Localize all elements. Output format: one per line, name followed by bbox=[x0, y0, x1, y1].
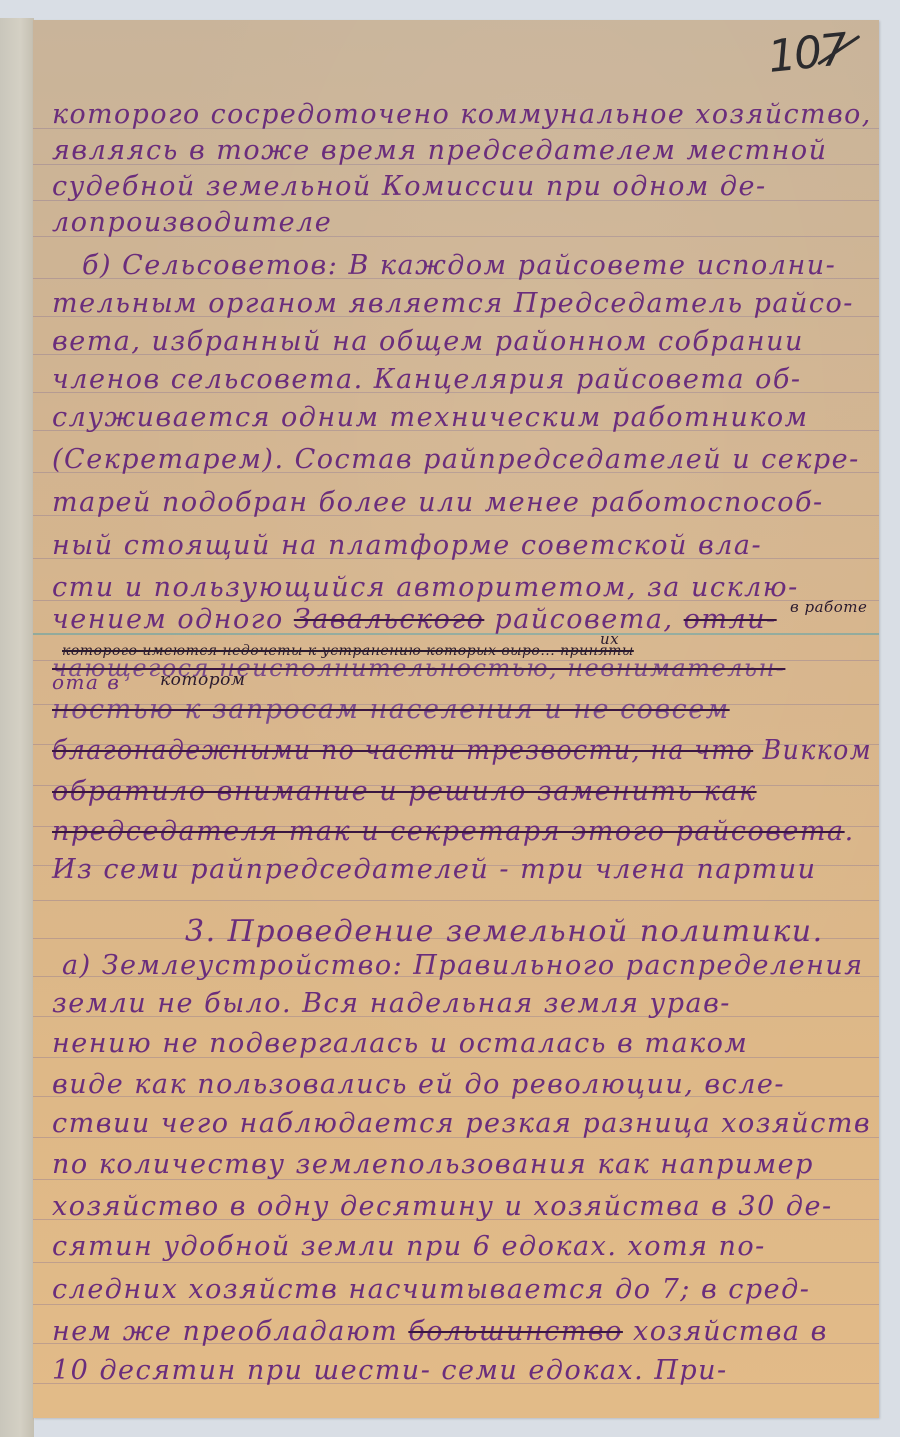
text-line: (Секретарем). Состав райпредседателей и … bbox=[52, 446, 860, 473]
text-segment: нем же преобладают bbox=[52, 1316, 408, 1347]
text-line: ный стоящий на платформе советской вла- bbox=[52, 532, 762, 559]
page-number: 107 bbox=[766, 24, 849, 83]
text-line: служивается одним техническим работником bbox=[52, 404, 809, 431]
subsection-a-line: а) Землеустройство: Правильного распреде… bbox=[62, 952, 864, 979]
text-segment: . bbox=[845, 816, 855, 847]
struck-line-with-tail: председателя так и секретаря этого райсо… bbox=[52, 818, 855, 845]
ruled-line bbox=[33, 1262, 879, 1263]
struck-text: председателя так и секретаря этого райсо… bbox=[52, 816, 845, 847]
text-line: следних хозяйств насчитывается до 7; в с… bbox=[52, 1276, 810, 1303]
text-line: 10 десятин при шести- семи едоках. При- bbox=[52, 1357, 728, 1384]
text-line: Из семи райпредседателей - три члена пар… bbox=[52, 856, 817, 883]
text-line-with-strike: нем же преобладают большинство хозяйства… bbox=[52, 1318, 828, 1345]
text-line: по количеству землепользования как напри… bbox=[52, 1151, 814, 1178]
text-line: судебной земельной Комиссии при одном де… bbox=[52, 173, 767, 200]
text-segment: райсовета, bbox=[484, 604, 683, 635]
text-line: хозяйство в одну десятину и хозяйства в … bbox=[52, 1193, 833, 1220]
text-line: которого сосредоточено коммунальное хозя… bbox=[52, 101, 872, 128]
text-line-ota: ота в bbox=[52, 672, 120, 692]
struck-text: благонадежными по части трезвости, на чт… bbox=[52, 735, 753, 766]
text-line: вета, избранный на общем районном собран… bbox=[52, 328, 804, 355]
text-line: тарей подобран более или менее работоспо… bbox=[52, 489, 824, 516]
text-line: ствии чего наблюдается резкая разница хо… bbox=[52, 1110, 871, 1137]
text-line: являясь в тоже время председателем местн… bbox=[52, 137, 827, 164]
text-line: сятин удобной земли при 6 едоках. хотя п… bbox=[52, 1233, 766, 1260]
insertion-kotorom: котором bbox=[160, 670, 245, 690]
text-line: членов сельсовета. Канцелярия райсовета … bbox=[52, 366, 802, 393]
struck-line-with-tail: обратило внимание и решило заменить как bbox=[52, 778, 757, 805]
text-line: нению не подвергалась и осталась в таком bbox=[52, 1030, 748, 1057]
text-segment: чением одного bbox=[52, 604, 294, 635]
insertion-v-rabote: в работе bbox=[790, 598, 867, 616]
struck-line: ностью к запросам населения и не совсем bbox=[52, 696, 730, 723]
text-line: виде как пользовались ей до революции, в… bbox=[52, 1071, 785, 1098]
text-line: лопроизводителе bbox=[52, 209, 332, 236]
struck-word: Завальского bbox=[294, 604, 485, 635]
struck-word: большинство bbox=[408, 1316, 623, 1347]
ruled-line bbox=[33, 900, 879, 901]
binding-strip bbox=[0, 18, 34, 1437]
section-heading: 3. Проведение земельной политики. bbox=[185, 914, 824, 949]
text-segment: Викком bbox=[753, 735, 872, 766]
text-line: сти и пользующийся авторитетом, за исклю… bbox=[52, 574, 799, 601]
struck-text: обратило внимание и решило заменить как bbox=[52, 776, 757, 807]
text-line-with-strike: чением одного Завальского райсовета, отл… bbox=[52, 606, 777, 633]
text-segment: хозяйства в bbox=[623, 1316, 828, 1347]
struck-line-with-tail: благонадежными по части трезвости, на чт… bbox=[52, 737, 872, 764]
text-line: тельным органом является Председатель ра… bbox=[52, 290, 854, 317]
text-line: земли не было. Вся надельная земля урав- bbox=[52, 990, 731, 1017]
subsection-b-line: б) Сельсоветов: В каждом райсовете испол… bbox=[82, 252, 836, 279]
struck-word: отли- bbox=[684, 604, 777, 635]
